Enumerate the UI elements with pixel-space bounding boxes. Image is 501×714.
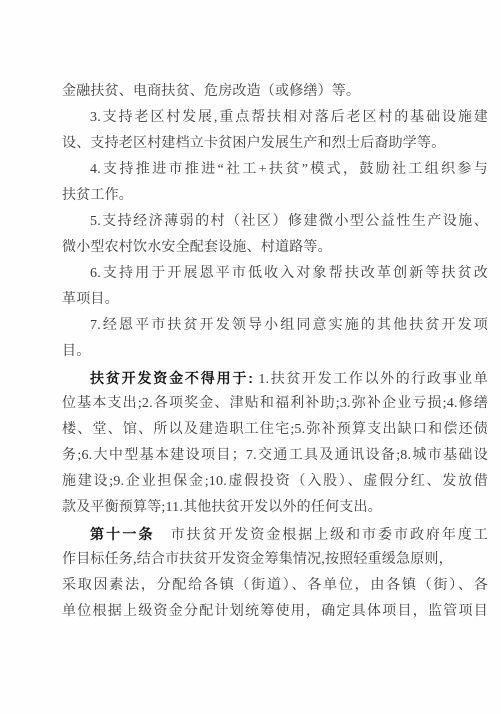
line-text: 楼、堂、馆、所以及建造职工住宅;5.弥补预算支出缺口和偿还债 (62, 422, 488, 437)
bold-lead: 扶贫开发资金不得用于: (90, 370, 253, 386)
line-text: 1.扶贫开发工作以外的行政事业单 (253, 372, 488, 387)
text-line: 7.经恩平市扶贫开发领导小组同意实施的其他扶贫开发项 (62, 313, 488, 339)
line-text: 作目标任务,结合市扶贫开发资金筹集情况,按照轻重缓急原则， (62, 552, 453, 567)
line-text: 6.支持用于开展恩平市低收入对象帮扶改革创新等扶贫改 (90, 266, 488, 281)
text-line: 作目标任务,结合市扶贫开发资金筹集情况,按照轻重缓急原则， (62, 547, 488, 573)
text-line: 6.支持用于开展恩平市低收入对象帮扶改革创新等扶贫改 (62, 261, 488, 287)
text-line: 目。 (62, 339, 488, 365)
document-page: 金融扶贫、电商扶贫、危房改造（或修缮）等。3.支持老区村发展,重点帮扶相对落后老… (0, 0, 501, 714)
bold-lead: 第十一条 (90, 526, 155, 542)
text-line: 3.支持老区村发展,重点帮扶相对落后老区村的基础设施建 (62, 105, 488, 131)
text-line: 采取因素法，分配给各镇（街道）、各单位，由各镇（街）、各 (62, 573, 488, 599)
text-line: 施建设;9.企业担保金;10.虚假投资（入股）、虚假分红、发放借 (62, 469, 488, 495)
text-line: 5.支持经济薄弱的村（社区）修建微小型公益性生产设施、 (62, 209, 488, 235)
text-line: 款及平衡预算等;11.其他扶贫开发以外的任何支出。 (62, 495, 488, 521)
line-text: 革项目。 (62, 292, 119, 307)
text-line: 单位根据上级资金分配计划统筹使用，确定具体项目，监管项目 (62, 599, 488, 625)
line-text: 采取因素法，分配给各镇（街道）、各单位，由各镇（街）、各 (62, 578, 488, 593)
line-text: 7.经恩平市扶贫开发领导小组同意实施的其他扶贫开发项 (90, 318, 488, 333)
line-text: 3.支持老区村发展,重点帮扶相对落后老区村的基础设施建 (90, 110, 488, 125)
line-text: 金融扶贫、电商扶贫、危房改造（或修缮）等。 (62, 84, 360, 99)
text-line: 扶贫工作。 (62, 183, 488, 209)
line-text: 目。 (62, 344, 90, 359)
text-line: 扶贫开发资金不得用于: 1.扶贫开发工作以外的行政事业单 (62, 365, 488, 391)
line-text: 务;6.大中型基本建设项目；7.交通工具及通讯设备;8.城市基础设 (62, 448, 488, 463)
text-line: 第十一条 市扶贫开发资金根据上级和市委市政府年度工 (62, 521, 488, 547)
line-text: 单位根据上级资金分配计划统筹使用，确定具体项目，监管项目 (62, 604, 488, 619)
line-text: 市扶贫开发资金根据上级和市委市政府年度工 (155, 528, 488, 543)
document-body: 金融扶贫、电商扶贫、危房改造（或修缮）等。3.支持老区村发展,重点帮扶相对落后老… (62, 79, 488, 625)
line-text: 4.支持推进市推进“社工+扶贫”模式，鼓励社工组织参与 (90, 162, 488, 177)
line-text: 5.支持经济薄弱的村（社区）修建微小型公益性生产设施、 (90, 214, 488, 229)
text-line: 金融扶贫、电商扶贫、危房改造（或修缮）等。 (62, 79, 488, 105)
line-text: 设、支持老区村建档立卡贫困户发展生产和烈士后裔助学等。 (62, 136, 445, 151)
line-text: 位基本支出;2.各项奖金、津贴和福利补助;3.弥补企业亏损;4.修缮 (62, 396, 488, 411)
line-text: 微小型农村饮水安全配套设施、村道路等。 (62, 240, 332, 255)
text-line: 位基本支出;2.各项奖金、津贴和福利补助;3.弥补企业亏损;4.修缮 (62, 391, 488, 417)
text-line: 革项目。 (62, 287, 488, 313)
text-line: 设、支持老区村建档立卡贫困户发展生产和烈士后裔助学等。 (62, 131, 488, 157)
line-text: 施建设;9.企业担保金;10.虚假投资（入股）、虚假分红、发放借 (62, 474, 488, 489)
text-line: 微小型农村饮水安全配套设施、村道路等。 (62, 235, 488, 261)
line-text: 款及平衡预算等;11.其他扶贫开发以外的任何支出。 (62, 500, 382, 515)
text-line: 务;6.大中型基本建设项目；7.交通工具及通讯设备;8.城市基础设 (62, 443, 488, 469)
text-line: 楼、堂、馆、所以及建造职工住宅;5.弥补预算支出缺口和偿还债 (62, 417, 488, 443)
text-line: 4.支持推进市推进“社工+扶贫”模式，鼓励社工组织参与 (62, 157, 488, 183)
line-text: 扶贫工作。 (62, 188, 133, 203)
